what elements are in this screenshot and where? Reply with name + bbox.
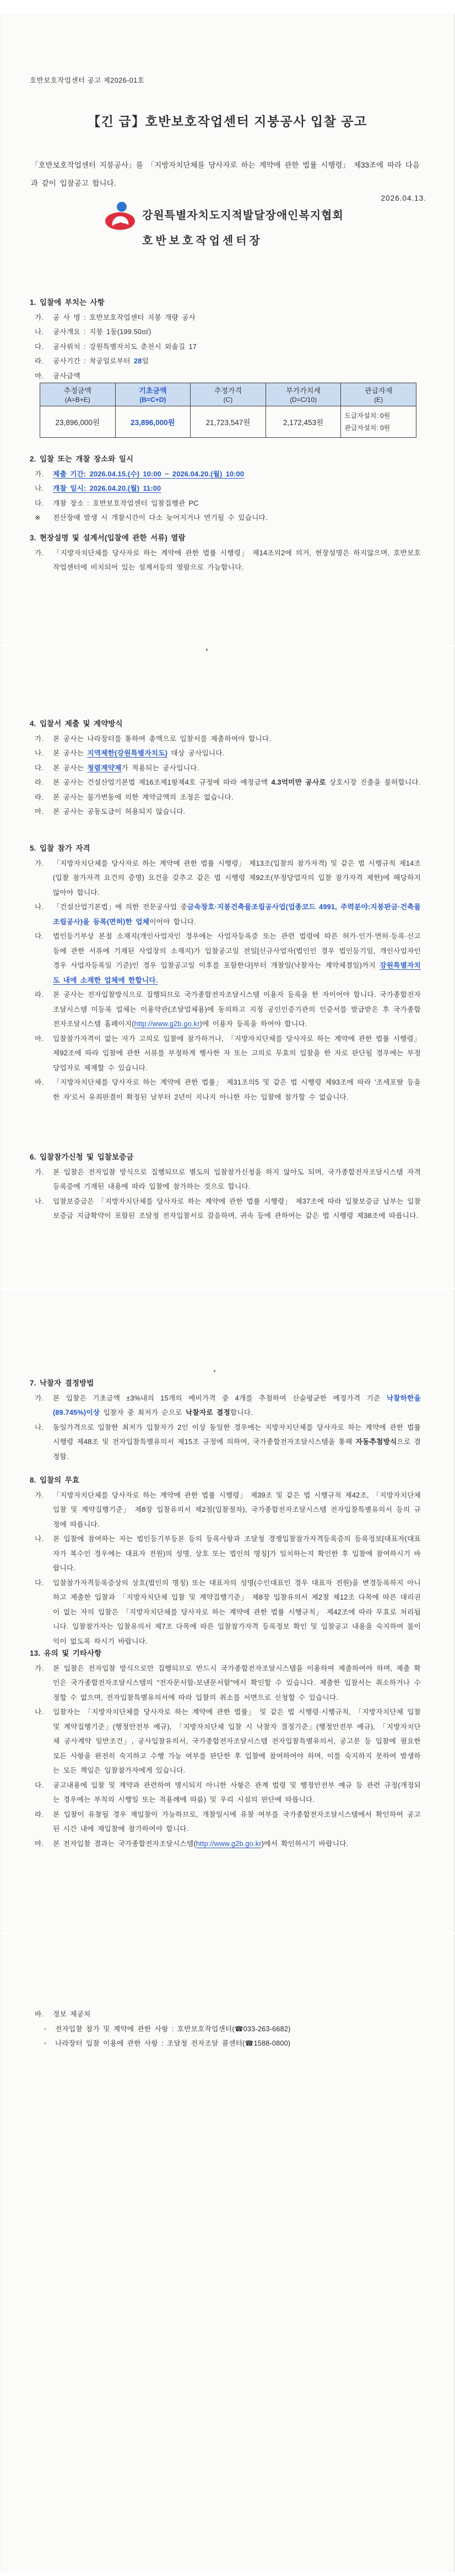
clause-label: 나. — [35, 325, 44, 340]
col-vat: 부가가치세 (D=C/10) — [266, 383, 341, 406]
text-run: 개찰 일시: 2026.04.20.(월) 11:00 — [53, 485, 161, 492]
text-run: 일 — [142, 357, 148, 365]
clause-label: 가. — [35, 1391, 44, 1406]
section-winner-determination: 7. 낙찰자 결정방법가.본 입찰은 기초금액 ±3%내의 15개의 예비가격 … — [30, 1376, 421, 1464]
text-run: 합니다. — [230, 1409, 253, 1416]
text-run: 본 입찰에 참여하는 자는 법인등기부등본 등의 등록사항과 조달청 경쟁입찰참… — [53, 1535, 421, 1572]
text-run: 정보 제공처 — [53, 2010, 91, 2018]
text-run: 상호시장 진출을 불허합니다. — [326, 779, 421, 786]
text-run: 입찰자 중 최저가 순으로 — [100, 1409, 186, 1416]
notice-number: 호반보호작업센터 공고 제2026-01호 — [30, 75, 144, 85]
text-run: 공 사 명 : 호반보호작업센터 지붕 개량 공사 — [53, 314, 196, 321]
clause: 가.공 사 명 : 호반보호작업센터 지붕 개량 공사 — [35, 310, 421, 325]
section-heading: 7. 낙찰자 결정방법 — [30, 1376, 421, 1391]
section-submission-contract-method: 4. 입찰서 제출 및 계약방식가.본 공사는 나라장터를 통하여 총액으로 입… — [30, 717, 421, 819]
text-run: 법인등기부상 본점 소재지(개인사업자인 경우에는 사업자등록증 또는 관련 법… — [53, 932, 421, 969]
text-run: 대상 공사입니다. — [167, 749, 224, 757]
section-bid-opening-schedule: 2. 입찰 또는 개찰 장소와 일시가.제출 기간: 2026.04.15.(수… — [30, 452, 421, 525]
text-run: 「지방자치단체를 당사자로 하는 계약에 관한 법률 시행령」 제14조의2에 … — [53, 549, 421, 572]
text-run: 본 공사는 나라장터를 통하여 총액으로 입찰서를 제출하여야 합니다. — [53, 735, 271, 743]
clause-label: 라. — [35, 988, 44, 1002]
clause-label: 가. — [35, 310, 44, 325]
clause-label: 마. — [35, 369, 44, 384]
clause-label: 라. — [35, 790, 44, 805]
section-contact-info: 바.정보 제공처◦전자입찰 참가 및 계약에 관한 사항 : 호반보호작업센터(… — [30, 2007, 421, 2051]
clause: 마.본 공사는 공동도급이 허용되지 않습니다. — [35, 804, 421, 819]
text-run: 「지방자치단체를 당사자로 하는 계약에 관한 법률 시행령」 제13조(입찰의… — [53, 860, 421, 897]
clause: 가.「지방자치단체를 당사자로 하는 계약에 관한 법률 시행령」 제14조의2… — [35, 546, 421, 575]
text-run: 낙찰자로 결정 — [186, 1409, 230, 1416]
text-run: )에 이용자 등록을 하여야 합니다. — [200, 1020, 307, 1028]
vat-value: 2,172,453원 — [266, 406, 341, 438]
section-heading: 1. 입찰에 부치는 사항 — [30, 296, 421, 310]
text-run: 본 공사는 — [53, 749, 87, 757]
link-url[interactable]: http://www.g2b.go.kr — [134, 1020, 200, 1028]
clause: 가.본 입찰은 기초금액 ±3%내의 15개의 예비가격 중 4개를 추첨하여 … — [35, 1391, 421, 1420]
text-run: 입찰참가자격이 없는 자가 고의로 입찰에 참가하거나, 「지방자치단체를 당사… — [53, 1035, 421, 1072]
clause: 마.본 전자입찰 결과는 국가종합전자조달시스템(http://www.g2b.… — [35, 1837, 421, 1851]
clause: 가.「지방자치단체를 당사자로 하는 계약에 관한 법률 시행령」 제39조 및… — [35, 1488, 421, 1532]
text-run: 본 공사는 물가변동에 의한 계약금액의 조정은 없습니다. — [53, 793, 234, 801]
text-run: 「건설산업기본법」에 의한 전문공사업 중 — [53, 903, 187, 911]
clause: 나.본 입찰에 참여하는 자는 법인등기부등본 등의 등록사항과 조달청 경쟁입… — [35, 1532, 421, 1576]
text-run: 가 적용되는 공사입니다. — [122, 764, 199, 772]
clause: 가.본 입찰은 전자입찰 방식으로만 집행되므로 반드시 국가종합전자조달시스템… — [35, 1661, 421, 1705]
section-heading: 13. 유의 및 기타사항 — [30, 1646, 421, 1661]
text-run: 입찰참가자격등록증상의 상호(법인의 명칭) 또는 대표자의 성명(수인대표인 … — [53, 1579, 421, 1645]
text-run: )에서 확인하시기 바랍니다. — [262, 1840, 349, 1848]
clause: 라.본 공사는 건설산업기본법 제16조제1항제4호 규정에 따라 예정금액 4… — [35, 775, 421, 790]
association-logo-icon — [105, 201, 137, 230]
clause-label: 마. — [35, 804, 44, 819]
clause-label: 라. — [35, 354, 44, 369]
text-run: 공사기간 : 착공일로부터 — [53, 357, 134, 365]
organization-name: 강원특별자치도지적발달장애인복지협회 — [142, 206, 344, 222]
clause: 나.개찰 일시: 2026.04.20.(월) 11:00 — [35, 481, 421, 496]
clause: 나.「건설산업기본법」에 의한 전문공사업 중금속창호·지붕건축물조립공사업(업… — [35, 900, 421, 929]
clause: 라.공사기간 : 착공일로부터 28일 — [35, 354, 421, 369]
clause: ◦나라장터 입찰 이용에 관한 사항 : 조달청 전자조달 콜센터(☎1588-… — [44, 2036, 421, 2051]
clause-label: 나. — [35, 1705, 44, 1720]
clause: 라.본 공사는 물가변동에 의한 계약금액의 조정은 없습니다. — [35, 790, 421, 805]
text-run: 「지방자치단체를 당사자로 하는 계약에 관한 법률」 제31조의5 및 같은 … — [53, 1078, 421, 1101]
clause: 나.공사개요 : 지붕 1동(199.50㎡) — [35, 325, 421, 340]
text-run: 본 입찰은 기초금액 ±3%내의 15개의 예비가격 중 4개를 추첨하여 산술… — [53, 1394, 387, 1402]
text-run: 청렴계약제 — [87, 764, 121, 772]
clause-label: 다. — [35, 1576, 44, 1591]
clause: 가.「지방자치단체를 당사자로 하는 계약에 관한 법률 시행령」 제13조(입… — [35, 856, 421, 900]
clause-label: 바. — [35, 1075, 44, 1090]
text-run: 본 공사는 공동도급이 허용되지 않습니다. — [53, 808, 185, 815]
clause: 라.본 공사는 전자입찰방식으로 집행되므로 국가종합전자조달시스템 이용자 등… — [35, 988, 421, 1032]
link-url[interactable]: http://www.g2b.go.kr — [196, 1840, 262, 1848]
text-run: 본 입찰이 유찰될 경우 재입찰이 가능하므로, 개찰일시에 유찰 여부를 국가… — [53, 1811, 421, 1833]
clause: 다.본 공사는 청렴계약제가 적용되는 공사입니다. — [35, 761, 421, 776]
clause: 다.공고내용에 입찰 및 계약과 관련하여 명시되지 아니한 사항은 관계 법령… — [35, 1778, 421, 1807]
text-run: 본 입찰은 전자입찰 방식으로 집행되므로 별도의 입찰참가신청을 하지 않아도… — [53, 1168, 421, 1191]
text-run: 자동추첨방식 — [356, 1438, 397, 1446]
section-notes-misc: 13. 유의 및 기타사항가.본 입찰은 전자입찰 방식으로만 집행되므로 반드… — [30, 1646, 421, 1851]
text-run: 본 공사는 — [53, 764, 87, 772]
clause-label: 나. — [35, 900, 44, 915]
clause-label: 가. — [35, 1165, 44, 1180]
clause-label: 라. — [35, 1807, 44, 1822]
clause: 가.제출 기간: 2026.04.15.(수) 10:00 ~ 2026.04.… — [35, 467, 421, 482]
text-run: 공고내용에 입찰 및 계약과 관련하여 명시되지 아니한 사항은 관계 법령 및… — [53, 1781, 421, 1804]
clause-label: 마. — [35, 1837, 44, 1851]
gov-materials-value: 도급자설치: 0원 관급자설치: 0원 — [341, 406, 416, 438]
col-estimated-amount: 추정금액 (A=B+E) — [40, 383, 116, 406]
clause-label: 라. — [35, 775, 44, 790]
text-run: 입찰자는 「지방자치단체를 당사자로 하는 계약에 관한 법률」 및 같은 법 … — [53, 1708, 421, 1774]
clause-label: ◦ — [44, 2036, 47, 2051]
section-bid-items: 1. 입찰에 부치는 사항가.공 사 명 : 호반보호작업센터 지붕 개량 공사… — [30, 296, 421, 383]
clause-label: 다. — [35, 929, 44, 944]
clause-label: 다. — [35, 340, 44, 355]
text-run: 28 — [134, 357, 142, 365]
clause: 다.입찰참가자격등록증상의 상호(법인의 명칭) 또는 대표자의 성명(수인대표… — [35, 1576, 421, 1649]
section-heading: 3. 현장설명 및 설계서(입찰에 관한 서류) 열람 — [30, 531, 421, 546]
cost-table: 추정금액 (A=B+E) 기초금액 (B=C+D) 추정가격 (C) 부가가치세… — [40, 383, 416, 438]
document-canvas: 호반보호작업센터 공고 제2026-01호 【긴 급】호반보호작업센터 지붕공사… — [0, 0, 455, 2576]
text-run: 전산장애 발생 시 개찰시간이 다소 늦어지거나 연기될 수 있습니다. — [53, 514, 268, 522]
cost-table-header-row: 추정금액 (A=B+E) 기초금액 (B=C+D) 추정가격 (C) 부가가치세… — [40, 383, 416, 406]
section-eligibility: 5. 입찰 참가 자격가.「지방자치단체를 당사자로 하는 계약에 관한 법률 … — [30, 841, 421, 1104]
text-run: 전자입찰 참가 및 계약에 관한 사항 : 호반보호작업센터(☎033-263-… — [55, 2025, 291, 2033]
text-run: 개찰 장소 : 호반보호작업센터 입찰집행관 PC — [53, 500, 199, 507]
clause-label: ※ — [35, 511, 41, 525]
organization-signer: 호반보호작업센터장 — [142, 232, 263, 248]
text-run: 지역제한(강원특별자치도) — [87, 749, 167, 757]
clause-label: 마. — [35, 1032, 44, 1046]
section-application-deposit: 6. 입찰참가신청 및 입찰보증금가.본 입찰은 전자입찰 방식으로 집행되므로… — [30, 1150, 421, 1223]
clause: 가.본 공사는 나라장터를 통하여 총액으로 입찰서를 제출하여야 합니다. — [35, 732, 421, 747]
clause-label: 가. — [35, 1488, 44, 1503]
text-run: 이어야 합니다. — [149, 918, 196, 926]
clause-label: 가. — [35, 546, 44, 561]
section-heading: 6. 입찰참가신청 및 입찰보증금 — [30, 1150, 421, 1165]
clause: 라.본 입찰이 유찰될 경우 재입찰이 가능하므로, 개찰일시에 유찰 여부를 … — [35, 1807, 421, 1837]
clause: 다.공사위치 : 강원특별자치도 춘천시 외솔길 17 — [35, 340, 421, 355]
section-heading: 2. 입찰 또는 개찰 장소와 일시 — [30, 452, 421, 467]
clause-label: 다. — [35, 496, 44, 511]
col-estimated-price: 추정가격 (C) — [191, 383, 266, 406]
scan-artifact — [214, 1370, 215, 1372]
clause-label: 가. — [35, 732, 44, 747]
text-run: 입찰보증금은 「지방자치단체를 당사자로 하는 계약에 관한 법률 시행령」 제… — [53, 1198, 421, 1220]
clause-label: 나. — [35, 1194, 44, 1209]
text-run: 4.3억미만 공사로 — [271, 779, 326, 786]
announcement-date: 2026.04.13. — [381, 194, 426, 202]
clause: 다.법인등기부상 본점 소재지(개인사업자인 경우에는 사업자등록증 또는 관련… — [35, 929, 421, 988]
cost-table-value-row: 23,896,000원 23,896,000원 21,723,547원 2,17… — [40, 406, 416, 438]
text-run: 공사위치 : 강원특별자치도 춘천시 외솔길 17 — [53, 343, 197, 351]
clause-label: 가. — [35, 856, 44, 871]
text-run: 본 공사는 건설산업기본법 제16조제1항제4호 규정에 따라 예정금액 — [53, 779, 271, 786]
clause: 마.공사금액 — [35, 369, 421, 384]
clause-label: 가. — [35, 467, 44, 482]
clause-label: ◦ — [44, 2022, 47, 2037]
text-run: 제출 기간: 2026.04.15.(수) 10:00 ~ 2026.04.20… — [53, 470, 244, 478]
scan-artifact — [206, 648, 208, 651]
clause-label: 다. — [35, 1778, 44, 1793]
clause: 나.동일가격으로 입찰한 최저가 입찰자가 2인 이상 동일한 경우에는 지방자… — [35, 1420, 421, 1464]
estimated-price-value: 21,723,547원 — [191, 406, 266, 438]
text-run: 본 입찰은 전자입찰 방식으로만 집행되므로 반드시 국가종합전자조달시스템을 … — [53, 1665, 421, 1702]
section-invalid-bids: 8. 입찰의 무효가.「지방자치단체를 당사자로 하는 계약에 관한 법률 시행… — [30, 1473, 421, 1649]
clause-label: 나. — [35, 1532, 44, 1547]
page-title: 【긴 급】호반보호작업센터 지붕공사 입찰 공고 — [20, 111, 435, 130]
clause-label: 가. — [35, 1661, 44, 1676]
estimated-amount-value: 23,896,000원 — [40, 406, 116, 438]
section-heading: 5. 입찰 참가 자격 — [30, 841, 421, 856]
clause: 마.입찰참가자격이 없는 자가 고의로 입찰에 참가하거나, 「지방자치단체를 … — [35, 1032, 421, 1076]
section-heading: 8. 입찰의 무효 — [30, 1473, 421, 1488]
base-amount-value: 23,896,000원 — [115, 406, 191, 438]
clause-label: 나. — [35, 1420, 44, 1435]
clause: 바.정보 제공처 — [35, 2007, 421, 2022]
clause: ◦전자입찰 참가 및 계약에 관한 사항 : 호반보호작업센터(☎033-263… — [44, 2022, 421, 2037]
clause: 나.본 공사는 지역제한(강원특별자치도) 대상 공사입니다. — [35, 746, 421, 761]
clause: 바.「지방자치단체를 당사자로 하는 계약에 관한 법률」 제31조의5 및 같… — [35, 1075, 421, 1104]
clause-label: 바. — [35, 2007, 44, 2022]
clause: 나.입찰보증금은 「지방자치단체를 당사자로 하는 계약에 관한 법률 시행령」… — [35, 1194, 421, 1223]
clause: 나.입찰자는 「지방자치단체를 당사자로 하는 계약에 관한 법률」 및 같은 … — [35, 1705, 421, 1778]
text-run: 공사개요 : 지붕 1동(199.50㎡) — [53, 328, 151, 336]
clause-label: 다. — [35, 761, 44, 776]
clause-label: 나. — [35, 481, 44, 496]
text-run: 나라장터 입찰 이용에 관한 사항 : 조달청 전자조달 콜센터(☎1588-0… — [55, 2040, 290, 2047]
intro-paragraph: 「호반보호작업센터 지붕공사」를 「지방자치단체를 당사자로 하는 계약에 관한… — [31, 156, 420, 192]
text-run: 공사금액 — [53, 372, 80, 380]
col-base-amount: 기초금액 (B=C+D) — [115, 383, 191, 406]
text-run: 본 전자입찰 결과는 국가종합전자조달시스템( — [53, 1840, 196, 1848]
text-run: 「지방자치단체를 당사자로 하는 계약에 관한 법률 시행령」 제39조 및 같… — [53, 1491, 421, 1528]
clause: 가.본 입찰은 전자입찰 방식으로 집행되므로 별도의 입찰참가신청을 하지 않… — [35, 1165, 421, 1194]
clause: 다.개찰 장소 : 호반보호작업센터 입찰집행관 PC — [35, 496, 421, 511]
clause-label: 나. — [35, 746, 44, 761]
section-heading: 4. 입찰서 제출 및 계약방식 — [30, 717, 421, 732]
clause: ※전산장애 발생 시 개찰시간이 다소 늦어지거나 연기될 수 있습니다. — [35, 511, 421, 525]
col-gov-materials: 관급자재 (E) — [341, 383, 416, 406]
section-site-briefing: 3. 현장설명 및 설계서(입찰에 관한 서류) 열람가.「지방자치단체를 당사… — [30, 531, 421, 575]
